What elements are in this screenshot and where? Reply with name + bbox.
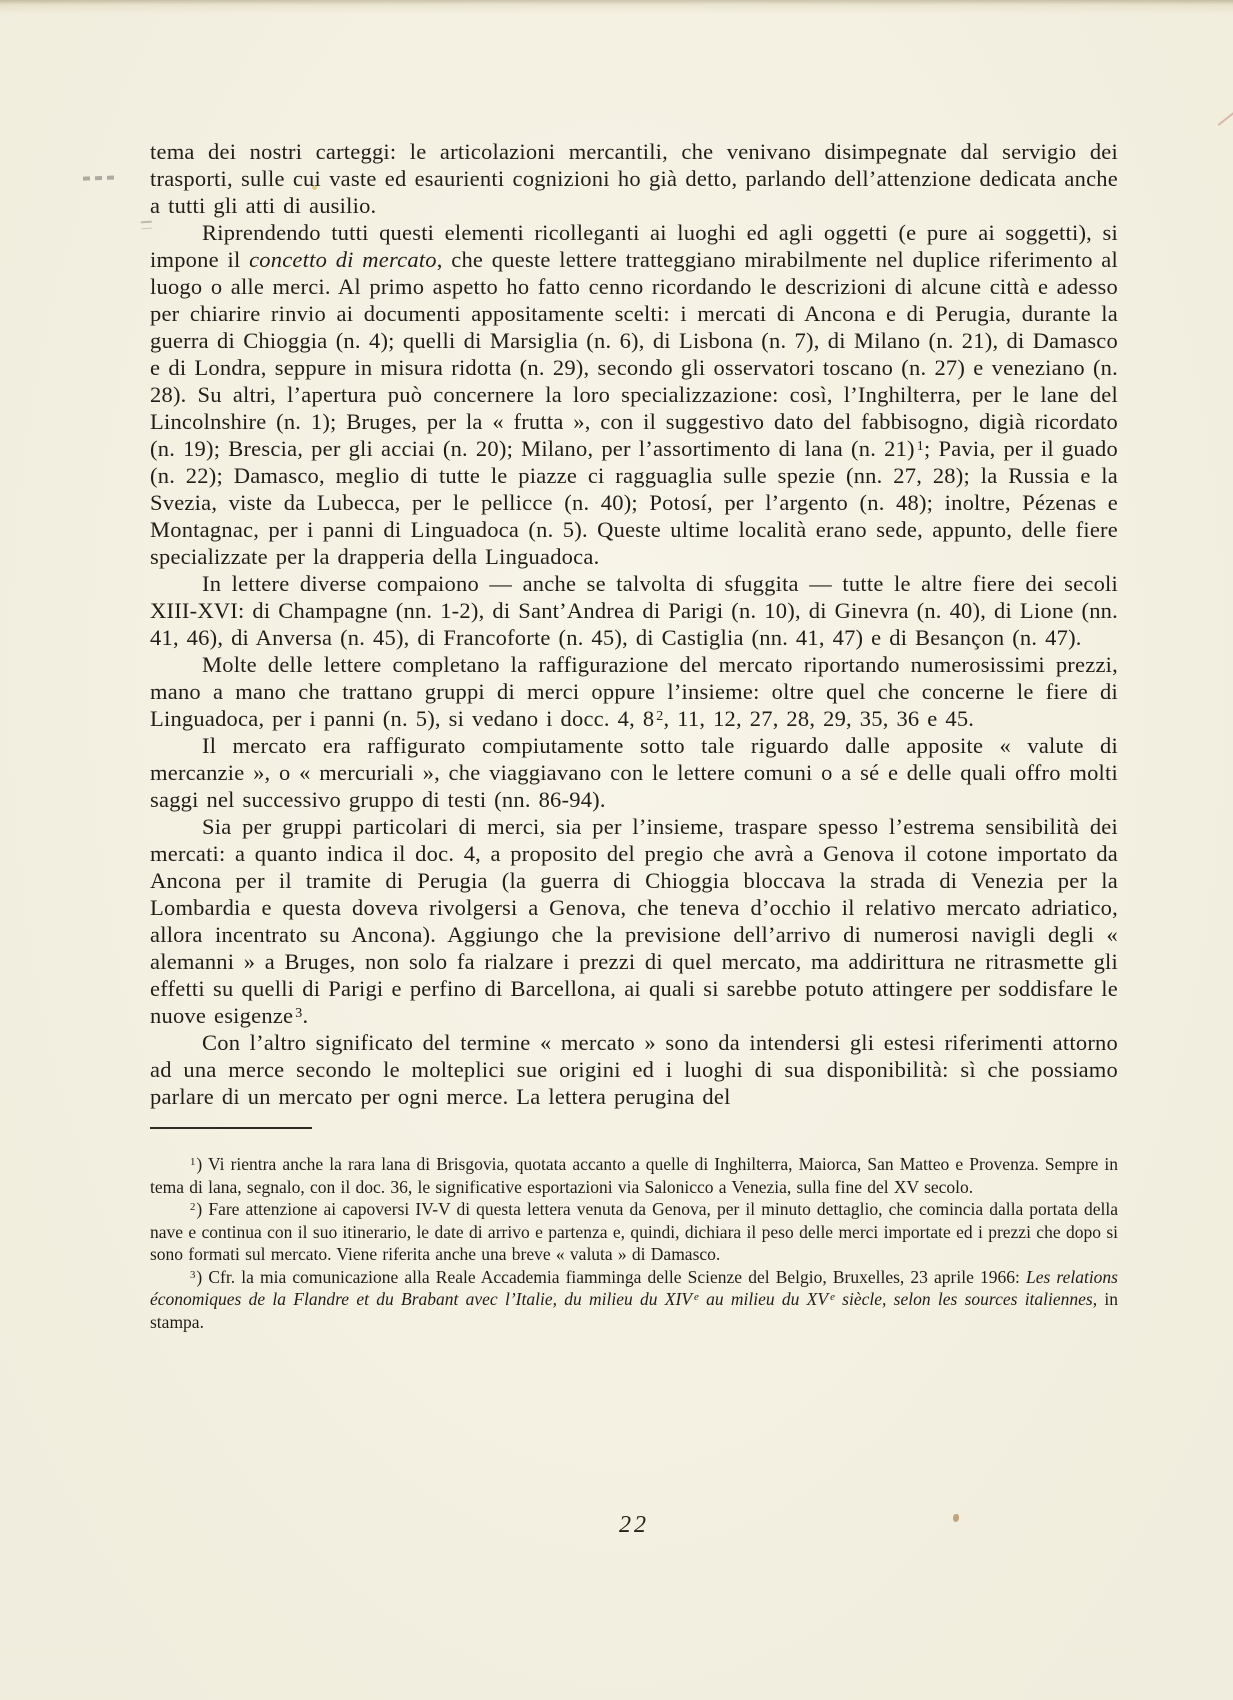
book-page: tema dei nostri carteggi: le articolazio… — [0, 0, 1233, 1700]
footnote: 3) Cfr. la mia comunicazione alla Reale … — [150, 1266, 1118, 1334]
paragraph: tema dei nostri carteggi: le articolazio… — [150, 138, 1118, 219]
footnote: 2) Fare attenzione ai capoversi IV-V di … — [150, 1198, 1118, 1266]
text-run: 2 — [656, 709, 663, 724]
text-run: concetto di mercato — [249, 247, 437, 272]
text-run: siècle, selon les sources italiennes — [835, 1289, 1093, 1309]
pencil-mark-artifact — [83, 175, 119, 180]
text-run: Il mercato era raffigurato compiutamente… — [150, 733, 1118, 812]
paragraph: Sia per gruppi particolari di merci, sia… — [150, 813, 1118, 1029]
footnote-marker: 2 — [190, 1201, 195, 1213]
text-run: e — [830, 1291, 835, 1303]
text-run: e — [694, 1291, 699, 1303]
footnote-marker: 1 — [190, 1156, 195, 1168]
footnote-separator — [150, 1127, 312, 1129]
paragraph: In lettere diverse compaiono — anche se … — [150, 570, 1118, 651]
scan-top-edge — [0, 0, 1233, 14]
text-run: 3 — [295, 1006, 302, 1021]
pen-scratch-artifact — [1218, 112, 1233, 126]
footnote: 1) Vi rientra anche la rara lana di Bris… — [150, 1153, 1118, 1198]
text-run: tema dei nostri carteggi: le articolazio… — [150, 139, 1118, 218]
text-run: ) Fare attenzione ai capoversi IV-V di q… — [150, 1199, 1118, 1264]
text-run: . — [302, 1003, 308, 1028]
text-run: Con l’altro significato del termine « me… — [150, 1030, 1118, 1109]
page-number: 22 — [150, 1512, 1118, 1539]
text-run: au milieu du XV — [699, 1289, 828, 1309]
paragraph: Il mercato era raffigurato compiutamente… — [150, 732, 1118, 813]
text-run: ) Cfr. la mia comunicazione alla Reale A… — [196, 1267, 1026, 1287]
paragraph: Con l’altro significato del termine « me… — [150, 1029, 1118, 1110]
paragraph: Riprendendo tutti questi elementi ricoll… — [150, 219, 1118, 570]
footnotes-section: 1) Vi rientra anche la rara lana di Bris… — [150, 1153, 1118, 1333]
footnote-marker: 3 — [190, 1269, 195, 1281]
text-run: , 11, 12, 27, 28, 29, 35, 36 e 45. — [664, 706, 975, 731]
paragraph: Molte delle lettere completano la raffig… — [150, 651, 1118, 732]
text-run: ) Vi rientra anche la rara lana di Brisg… — [150, 1154, 1118, 1197]
text-block: tema dei nostri carteggi: le articolazio… — [150, 138, 1118, 1333]
text-run: Sia per gruppi particolari di merci, sia… — [150, 814, 1118, 1028]
text-run: , che queste lettere tratteggiano mirabi… — [150, 247, 1118, 461]
text-run: In lettere diverse compaiono — anche se … — [150, 571, 1118, 650]
text-run: 1 — [917, 439, 924, 454]
body-paragraphs: tema dei nostri carteggi: le articolazio… — [150, 138, 1118, 1110]
